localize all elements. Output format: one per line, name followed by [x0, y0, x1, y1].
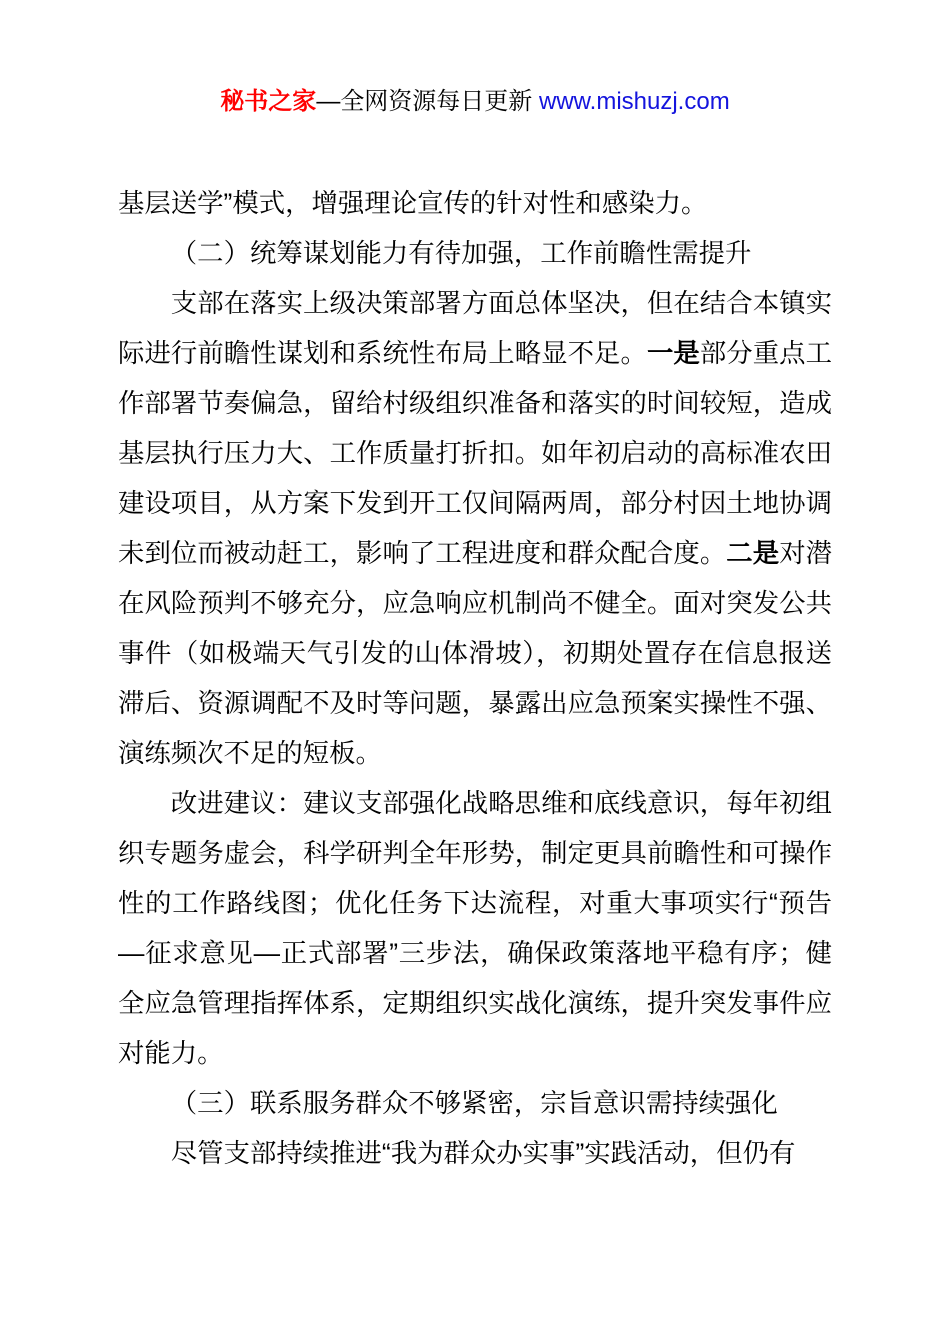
text-segment: （三）联系服务群众不够紧密，宗旨意识需持续强化 — [171, 1088, 778, 1118]
paragraph-section-2-problems: 支部在落实上级决策部署方面总体坚决，但在结合本镇实际进行前瞻性谋划和系统性布局上… — [118, 278, 832, 778]
header-tagline: —全网资源每日更新 — [316, 88, 539, 115]
paragraph-section-2-suggestions: 改进建议：建议支部强化战略思维和底线意识，每年初组织专题务虚会，科学研判全年形势… — [118, 778, 832, 1078]
heading-section-3: （三）联系服务群众不够紧密，宗旨意识需持续强化 — [118, 1078, 832, 1128]
bold-text-segment: 一是 — [647, 338, 700, 368]
text-segment: 基层送学”模式，增强理论宣传的针对性和感染力。 — [118, 188, 707, 218]
document-page: 秘书之家—全网资源每日更新 www.mishuzj.com 基层送学”模式，增强… — [0, 0, 950, 1344]
paragraph-section-3-intro: 尽管支部持续推进“我为群众办实事”实践活动，但仍有 — [118, 1128, 832, 1178]
site-header: 秘书之家—全网资源每日更新 www.mishuzj.com — [0, 86, 950, 118]
text-segment: （二）统筹谋划能力有待加强，工作前瞻性需提升 — [171, 238, 752, 268]
paragraph-continuation: 基层送学”模式，增强理论宣传的针对性和感染力。 — [118, 178, 832, 228]
text-segment: 部分重点工作部署节奏偏急，留给村级组织准备和落实的时间较短，造成基层执行压力大、… — [118, 338, 832, 568]
heading-section-2: （二）统筹谋划能力有待加强，工作前瞻性需提升 — [118, 228, 832, 278]
text-segment: 改进建议：建议支部强化战略思维和底线意识，每年初组织专题务虚会，科学研判全年形势… — [118, 788, 832, 1068]
brand-name: 秘书之家 — [220, 88, 316, 115]
text-segment: 对潜在风险预判不够充分，应急响应机制尚不健全。面对突发公共事件（如极端天气引发的… — [118, 538, 832, 768]
site-url-link[interactable]: www.mishuzj.com — [539, 88, 730, 115]
bold-text-segment: 二是 — [726, 538, 779, 568]
document-body: 基层送学”模式，增强理论宣传的针对性和感染力。（二）统筹谋划能力有待加强，工作前… — [118, 178, 832, 1178]
text-segment: 尽管支部持续推进“我为群众办实事”实践活动，但仍有 — [171, 1138, 796, 1168]
